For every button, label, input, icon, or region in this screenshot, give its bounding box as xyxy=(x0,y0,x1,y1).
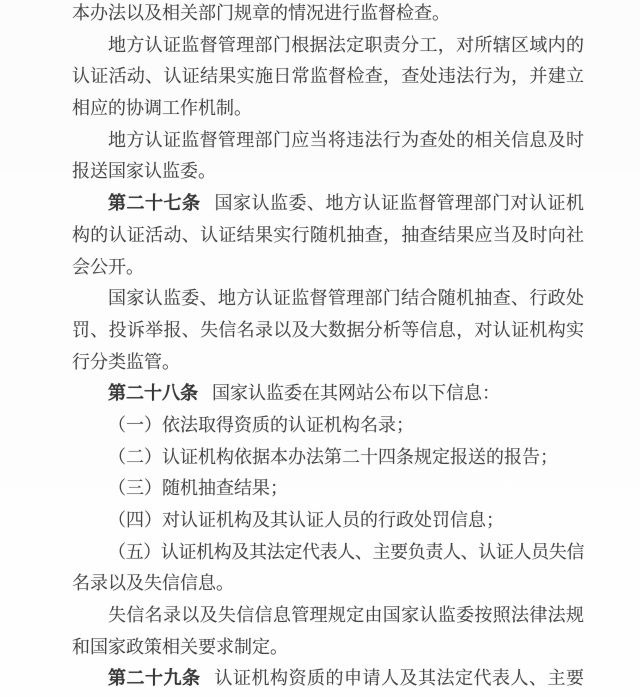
line-text: （一）依法取得资质的认证机构名录； xyxy=(108,415,414,435)
text-line: 名录以及失信信息。 xyxy=(72,568,584,600)
line-text: 国家认监委、地方认证监督管理部门结合随机抽查、行政处 xyxy=(108,288,584,308)
line-text: 行分类监管。 xyxy=(72,352,180,372)
line-text: 和国家政策相关要求制定。 xyxy=(72,637,288,657)
text-line: 行分类监管。 xyxy=(72,347,584,379)
line-text: （二）认证机构依据本办法第二十四条规定报送的报告； xyxy=(108,447,558,467)
line-text: 认证活动、认证结果实施日常监督检查，查处违法行为，并建立 xyxy=(72,66,584,86)
line-text: 地方认证监督管理部门根据法定职责分工，对所辖区域内的 xyxy=(108,35,584,55)
document-page: 本办法以及相关部门规章的情况进行监督检查。 地方认证监督管理部门根据法定职责分工… xyxy=(0,0,640,697)
text-line: 和国家政策相关要求制定。 xyxy=(72,632,584,664)
line-text: （五）认证机构及其法定代表人、主要负责人、认证人员失信 xyxy=(108,542,584,562)
text-line: 第二十八条国家认监委在其网站公布以下信息： xyxy=(72,378,584,410)
article-number: 第二十七条 xyxy=(108,193,201,213)
list-item-line: （二）认证机构依据本办法第二十四条规定报送的报告； xyxy=(72,442,584,474)
text-line: 本办法以及相关部门规章的情况进行监督检查。 xyxy=(72,0,584,30)
line-text: 相应的协调工作机制。 xyxy=(72,98,252,118)
text-block: 本办法以及相关部门规章的情况进行监督检查。 地方认证监督管理部门根据法定职责分工… xyxy=(72,0,584,695)
text-line: 第二十九条认证机构资质的申请人及其法定代表人、主要 xyxy=(72,663,584,695)
list-item-line: （五）认证机构及其法定代表人、主要负责人、认证人员失信 xyxy=(72,537,584,569)
list-item-line: （四）对认证机构及其认证人员的行政处罚信息； xyxy=(72,505,584,537)
line-text: 会公开。 xyxy=(72,257,144,277)
line-text: （四）对认证机构及其认证人员的行政处罚信息； xyxy=(108,510,504,530)
line-text: 名录以及失信信息。 xyxy=(72,573,234,593)
line-text: 国家认监委、地方认证监督管理部门对认证机 xyxy=(215,193,585,213)
line-text: 失信名录以及失信信息管理规定由国家认监委按照法律法规 xyxy=(108,605,584,625)
text-line: 相应的协调工作机制。 xyxy=(72,93,584,125)
text-line: 地方认证监督管理部门根据法定职责分工，对所辖区域内的 xyxy=(72,30,584,62)
text-line: 失信名录以及失信信息管理规定由国家认监委按照法律法规 xyxy=(72,600,584,632)
list-item-line: （一）依法取得资质的认证机构名录； xyxy=(72,410,584,442)
line-text: 本办法以及相关部门规章的情况进行监督检查。 xyxy=(72,3,450,23)
article-number: 第二十八条 xyxy=(108,383,198,403)
text-line: 构的认证活动、认证结果实行随机抽查，抽查结果应当及时向社 xyxy=(72,220,584,252)
line-text: （三）随机抽查结果； xyxy=(108,478,288,498)
text-line: 会公开。 xyxy=(72,252,584,284)
article-number: 第二十九条 xyxy=(108,668,201,688)
line-text: 认证机构资质的申请人及其法定代表人、主要 xyxy=(215,668,585,688)
line-text: 构的认证活动、认证结果实行随机抽查，抽查结果应当及时向社 xyxy=(72,225,584,245)
text-line: 报送国家认监委。 xyxy=(72,156,584,188)
text-line: 地方认证监督管理部门应当将违法行为查处的相关信息及时 xyxy=(72,125,584,157)
line-text: 报送国家认监委。 xyxy=(72,161,216,181)
line-text: 地方认证监督管理部门应当将违法行为查处的相关信息及时 xyxy=(108,130,584,150)
text-line: 认证活动、认证结果实施日常监督检查，查处违法行为，并建立 xyxy=(72,61,584,93)
line-text: 国家认监委在其网站公布以下信息： xyxy=(212,383,500,403)
text-line: 国家认监委、地方认证监督管理部门结合随机抽查、行政处 xyxy=(72,283,584,315)
line-text: 罚、投诉举报、失信名录以及大数据分析等信息，对认证机构实 xyxy=(72,320,584,340)
text-line: 罚、投诉举报、失信名录以及大数据分析等信息，对认证机构实 xyxy=(72,315,584,347)
text-line: 第二十七条国家认监委、地方认证监督管理部门对认证机 xyxy=(72,188,584,220)
list-item-line: （三）随机抽查结果； xyxy=(72,473,584,505)
